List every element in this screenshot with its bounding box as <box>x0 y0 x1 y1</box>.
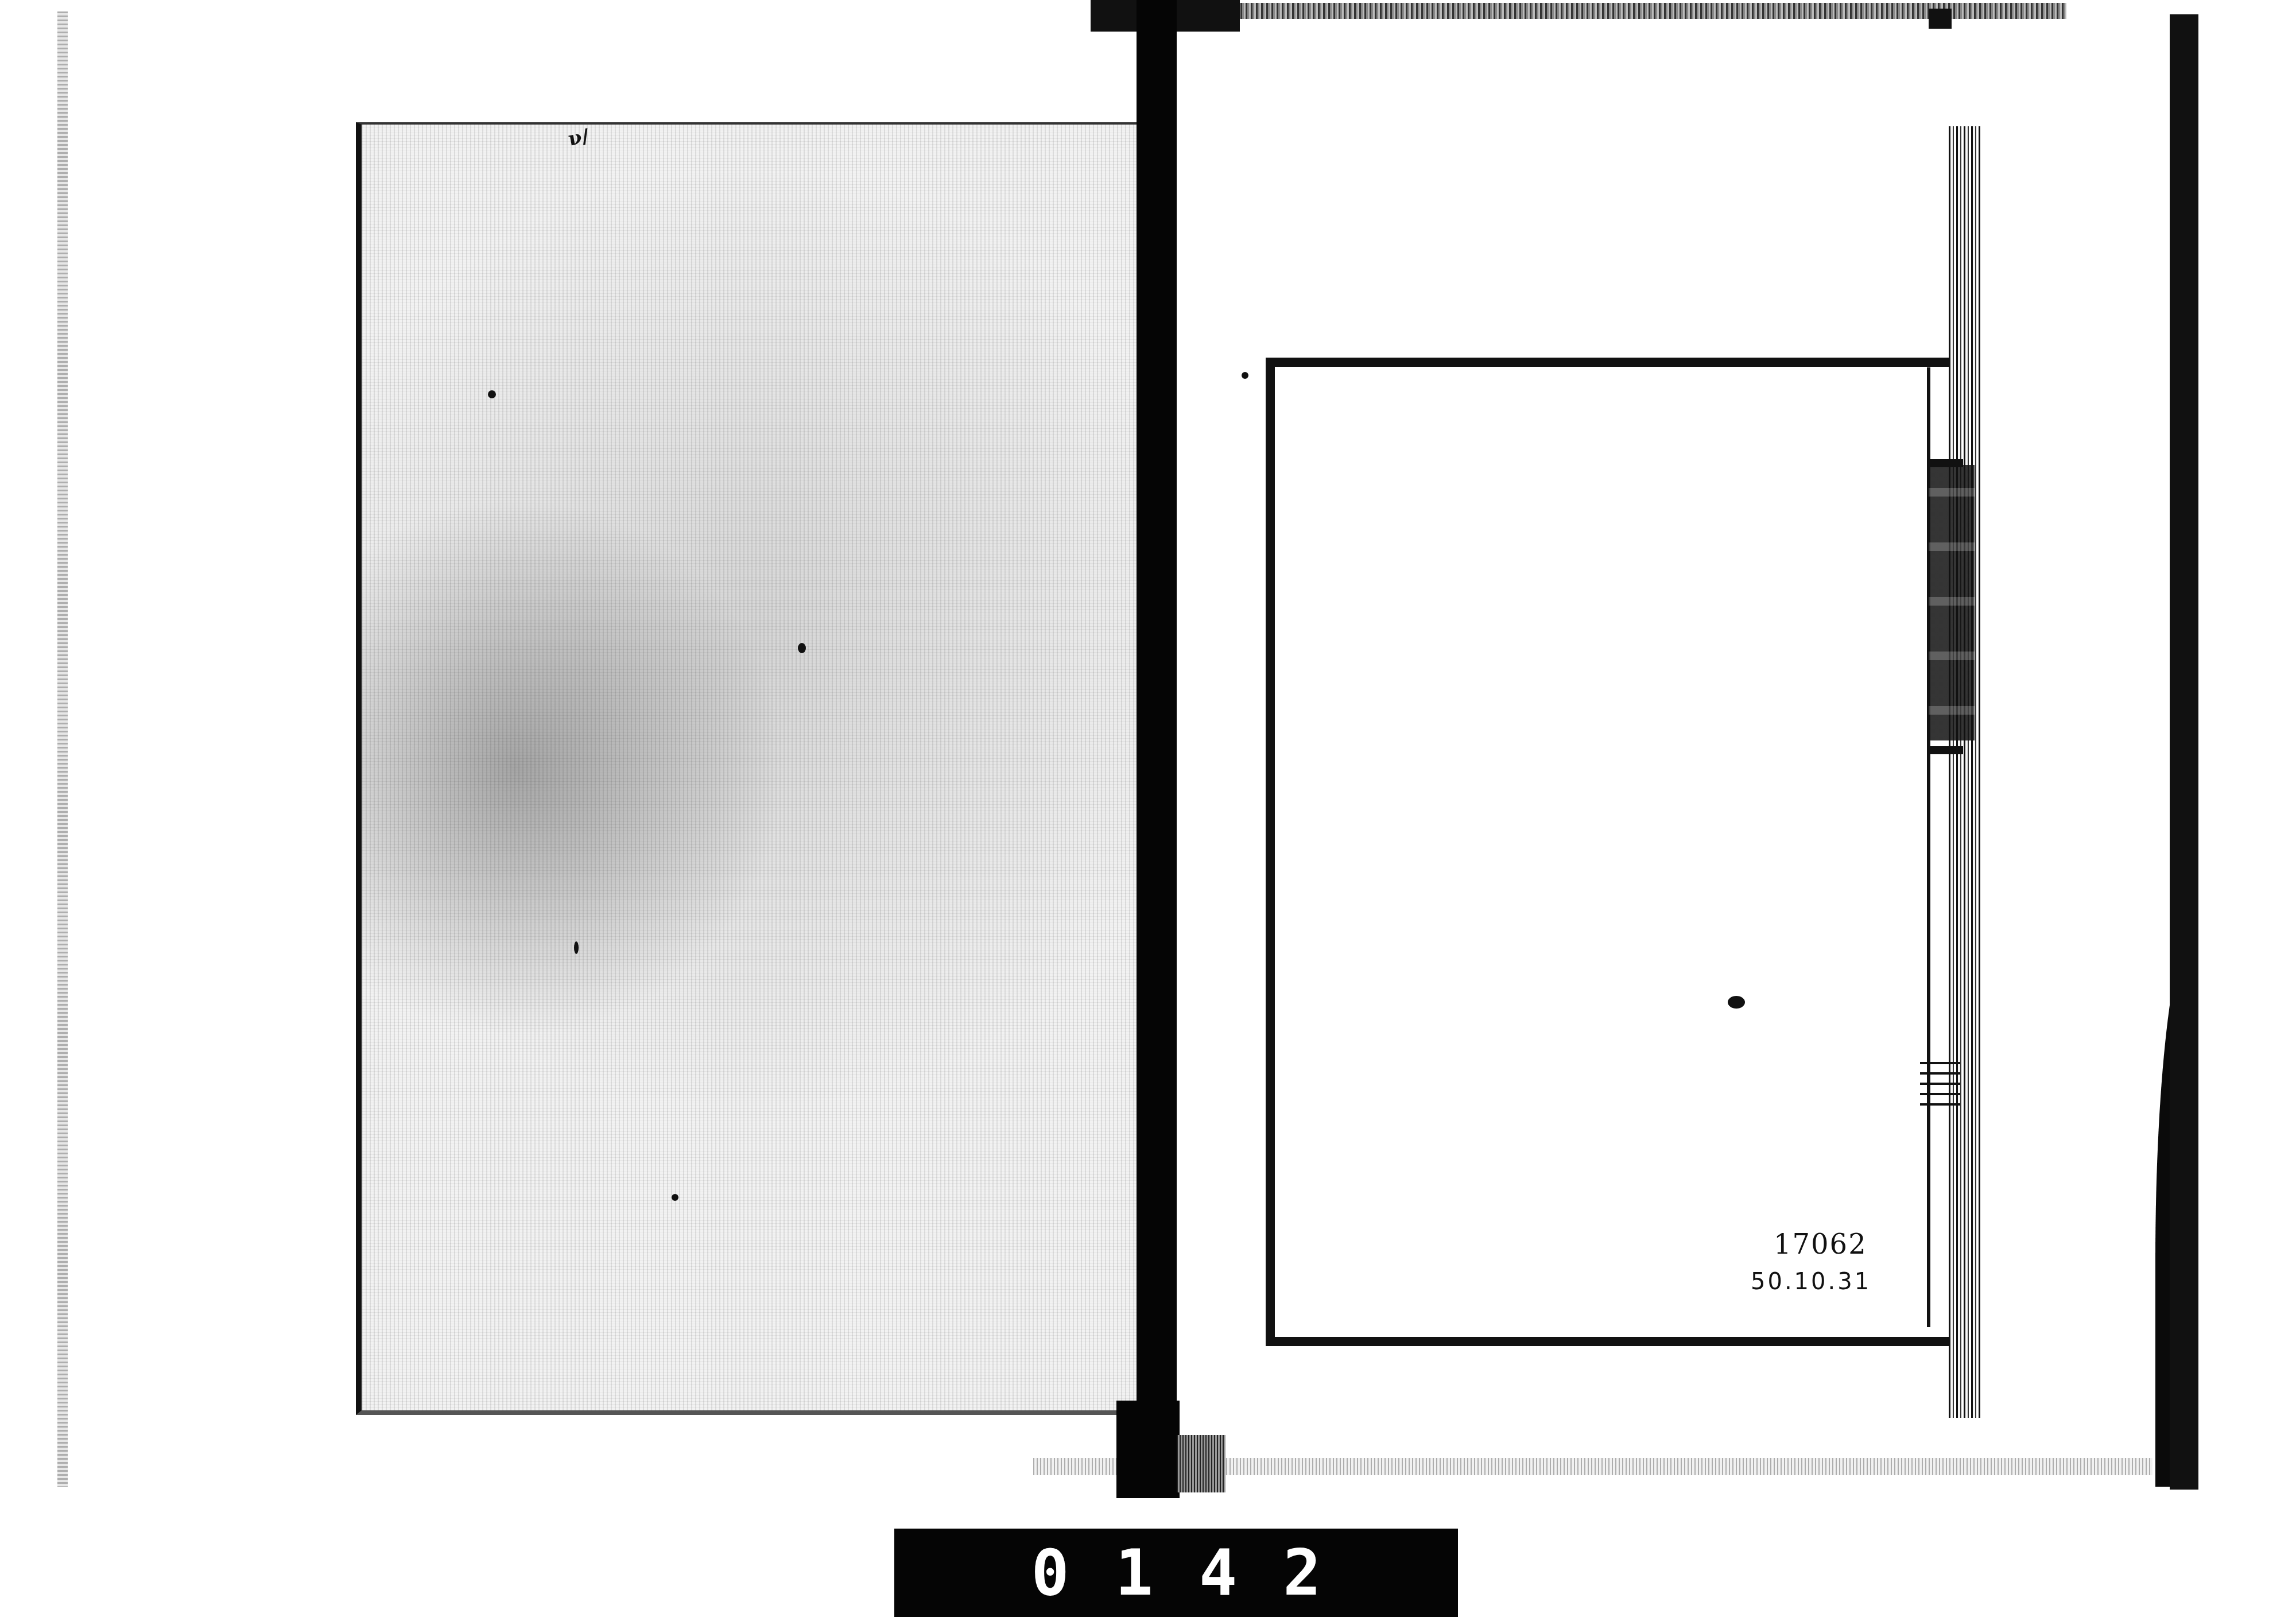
gutter-foot <box>1116 1401 1180 1498</box>
accession-stamp: 17062 50.10.31 <box>1751 1228 1871 1295</box>
speck <box>488 390 496 398</box>
speck <box>574 941 579 954</box>
gutter-foot-shadow <box>1177 1435 1225 1492</box>
right-edge <box>2170 14 2198 1490</box>
handwritten-mark: ν/ <box>567 125 591 151</box>
title-slip-top-rule <box>1929 459 1963 467</box>
speck <box>798 643 806 653</box>
speck <box>1242 372 1248 379</box>
spine-title-slip <box>1929 465 1975 740</box>
frame-number: 0142 <box>986 1536 1367 1610</box>
spine-marks <box>1920 1062 1960 1114</box>
speck <box>1728 996 1745 1009</box>
title-slip-bottom-rule <box>1929 746 1963 754</box>
book-gutter <box>1137 0 1177 1492</box>
book-spine <box>1949 126 1980 1418</box>
scan-edge-left <box>57 11 68 1487</box>
accession-date: 50.10.31 <box>1751 1269 1871 1295</box>
speck <box>672 1194 678 1201</box>
accession-number: 17062 <box>1774 1228 1871 1261</box>
left-page <box>356 122 1137 1415</box>
frame-counter: 0142 <box>894 1529 1458 1617</box>
right-page-frame <box>1266 358 1952 1346</box>
spine-top-mark <box>1929 9 1952 29</box>
